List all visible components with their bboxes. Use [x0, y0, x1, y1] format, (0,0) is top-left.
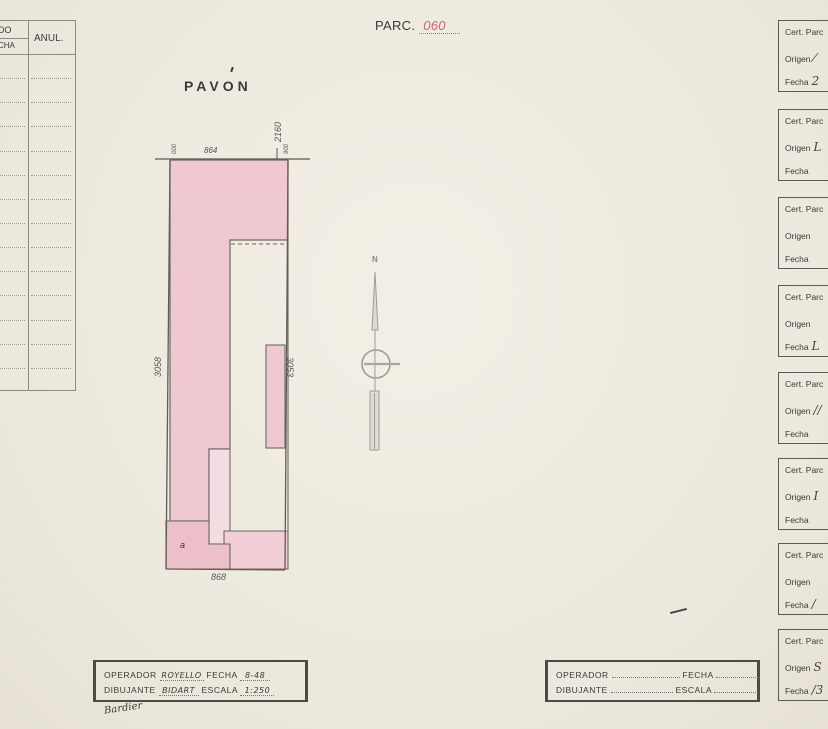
origen-row: Origen//: [785, 403, 822, 417]
dibujante-label: DIBUJANTE: [556, 685, 608, 695]
cert-box: Cert. ParcOrigen⁄Fecha2: [778, 20, 828, 92]
fecha-value: L: [812, 339, 820, 353]
footer-right-row1: OPERADOR FECHA: [556, 670, 760, 680]
cert-label: Cert. Parc: [785, 27, 823, 37]
fecha-row: Fecha/3: [785, 683, 823, 697]
origen-value: L: [814, 140, 822, 154]
footer-right-box: OPERADOR FECHA DIBUJANTE ESCALA: [545, 660, 760, 702]
escala-value: [714, 692, 758, 693]
north-label: N: [372, 255, 378, 264]
cert-label: Cert. Parc: [785, 116, 823, 126]
fecha-row: Fecha/: [785, 597, 816, 611]
origen-row: OrigenS: [785, 660, 822, 674]
origen-row: OrigenI: [785, 489, 818, 503]
origen-row: Origen⁄: [785, 51, 816, 65]
dim-corner-distance: 2160: [273, 122, 283, 142]
cert-box: Cert. ParcOrigenFecha: [778, 197, 828, 269]
fecha-value: 2: [812, 74, 820, 88]
origen-value: ⁄: [814, 51, 816, 65]
origen-row: Origen: [785, 574, 814, 588]
fecha-value: [716, 677, 760, 678]
escala-label: ESCALA: [201, 685, 237, 695]
origen-row: Origen: [785, 228, 814, 242]
cert-box: Cert. ParcOrigenFechaL: [778, 285, 828, 357]
fecha-row: Fecha: [785, 426, 812, 440]
cert-label: Cert. Parc: [785, 204, 823, 214]
fecha-value: /: [812, 597, 816, 611]
lot-label: a: [180, 540, 185, 550]
fecha-value: 8-48: [240, 671, 270, 681]
operador-label: OPERADOR: [556, 670, 609, 680]
cert-box: Cert. ParcOrigenIFecha: [778, 458, 828, 530]
origen-value: I: [814, 489, 819, 503]
footer-left-box: OPERADOR ROYELLO FECHA 8-48 DIBUJANTE BI…: [93, 660, 308, 702]
operador-label: OPERADOR: [104, 670, 157, 680]
fecha-row: Fecha: [785, 163, 812, 177]
footer-left-row2: DIBUJANTE BIDART ESCALA 1:250: [104, 685, 274, 696]
dim-right-side: 3053: [285, 357, 295, 377]
dim-frontage: 864: [204, 146, 217, 155]
fecha-row: Fecha: [785, 251, 812, 265]
cert-label: Cert. Parc: [785, 550, 823, 560]
origen-value: S: [814, 660, 822, 674]
dim-rear: 868: [211, 572, 226, 582]
cert-label: Cert. Parc: [785, 379, 823, 389]
fecha-value: /3: [812, 683, 824, 697]
operador-value: ROYELLO: [160, 671, 204, 681]
lot-plan-drawing: [0, 0, 828, 729]
dibujante-label: DIBUJANTE: [104, 685, 156, 695]
cert-box: Cert. ParcOrigenSFecha/3: [778, 629, 828, 701]
cadastral-sheet: DO CHA ANUL. PARC. 060 PAVON: [0, 0, 828, 729]
origen-row: Origen: [785, 316, 814, 330]
footer-left-row1: OPERADOR ROYELLO FECHA 8-48: [104, 670, 270, 681]
cert-box: Cert. ParcOrigenLFecha: [778, 109, 828, 181]
cert-label: Cert. Parc: [785, 636, 823, 646]
cert-box: Cert. ParcOrigenFecha/: [778, 543, 828, 615]
dibujante-value: [611, 692, 673, 693]
escala-label: ESCALA: [675, 685, 711, 695]
dim-left-side: 3058: [153, 357, 163, 377]
escala-value: 1:250: [240, 686, 274, 696]
operador-value: [612, 677, 680, 678]
dim-right-offset: 900: [284, 144, 290, 154]
cert-box: Cert. ParcOrigen//Fecha: [778, 372, 828, 444]
fecha-label: FECHA: [206, 670, 237, 680]
cert-label: Cert. Parc: [785, 292, 823, 302]
origen-value: //: [814, 403, 822, 417]
dibujante-value: BIDART: [159, 686, 199, 696]
fecha-row: Fecha2: [785, 74, 819, 88]
fecha-row: FechaL: [785, 339, 820, 353]
dim-left-offset: 000: [172, 144, 178, 154]
fecha-row: Fecha: [785, 512, 812, 526]
cert-label: Cert. Parc: [785, 465, 823, 475]
fecha-label: FECHA: [682, 670, 713, 680]
north-arrow-icon: [362, 272, 400, 450]
footer-right-row2: DIBUJANTE ESCALA: [556, 685, 758, 695]
origen-row: OrigenL: [785, 140, 821, 154]
